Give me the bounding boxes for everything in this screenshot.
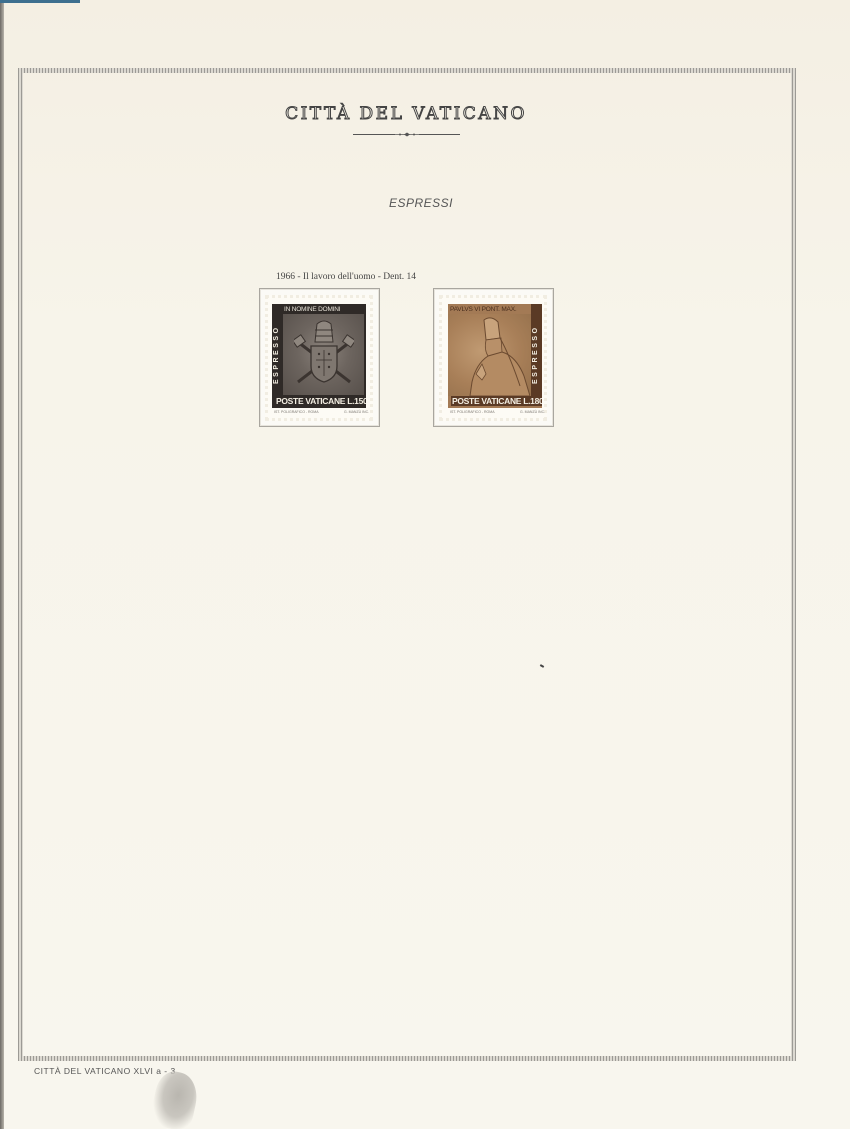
page-border-frame xyxy=(18,68,796,1061)
stamp-denomination: POSTE VATICANE L.180 xyxy=(451,396,542,406)
stamp-top-legend: PAVLVS VI PONT. MAX. xyxy=(450,306,516,313)
stamp-top-legend: IN NOMINE DOMINI xyxy=(284,306,340,313)
stamp-denomination: POSTE VATICANE L.150 xyxy=(275,396,366,406)
page-edge-shadow xyxy=(0,0,4,1129)
album-page: CITTÀ DEL VATICANO ESPRESSI 1966 - Il la… xyxy=(0,0,850,1129)
coat-of-arms-icon xyxy=(294,320,354,392)
stamp-mount-2[interactable]: PAVLVS VI PONT. MAX. ESPRESSO POSTE VATI… xyxy=(433,288,554,427)
stamp-150-lire: IN NOMINE DOMINI ESPRESSO POSTE VA xyxy=(265,295,373,421)
scan-edge xyxy=(0,0,80,3)
stamp-design-frame: IN NOMINE DOMINI ESPRESSO POSTE VA xyxy=(272,304,366,408)
stamp-imprint-left: IST. POLIGRAFICO - ROMA xyxy=(450,410,495,414)
stamp-180-lire: PAVLVS VI PONT. MAX. ESPRESSO POSTE VATI… xyxy=(439,295,547,421)
pope-portrait-icon xyxy=(458,316,530,396)
paper-smudge xyxy=(149,1068,202,1129)
issue-caption: 1966 - Il lavoro dell'uomo - Dent. 14 xyxy=(276,272,416,282)
section-heading: ESPRESSI xyxy=(0,196,842,210)
page-title: CITTÀ DEL VATICANO xyxy=(0,104,812,124)
ornament-icon xyxy=(395,132,419,137)
stamp-imprint-right: G. MANZÙ INC. xyxy=(344,410,369,414)
stamp-side-label: ESPRESSO xyxy=(532,318,539,392)
page-footer-reference: CITTÀ DEL VATICANO XLVI a - 3 xyxy=(34,1066,176,1076)
stamp-mount-1[interactable]: IN NOMINE DOMINI ESPRESSO POSTE VA xyxy=(259,288,380,427)
stamp-design-frame: PAVLVS VI PONT. MAX. ESPRESSO POSTE VATI… xyxy=(448,304,542,408)
title-ornament-divider xyxy=(353,132,460,137)
stamp-imprint-right: G. MANZÙ INC. xyxy=(520,410,545,414)
stamp-side-label: ESPRESSO xyxy=(273,318,280,392)
stamp-imprint-left: IST. POLIGRAFICO - ROMA xyxy=(274,410,319,414)
